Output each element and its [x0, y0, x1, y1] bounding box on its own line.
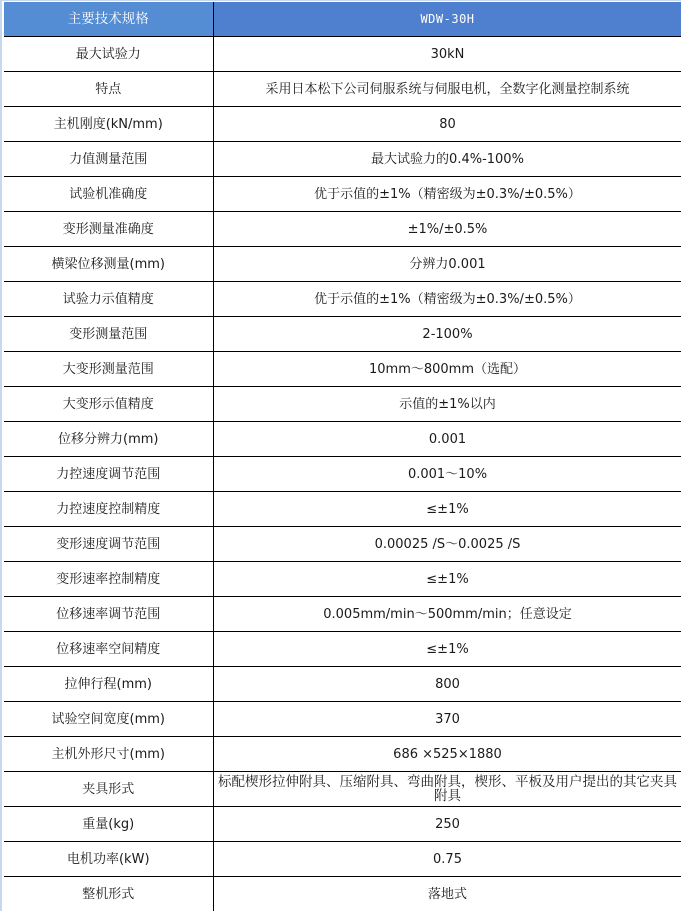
row-label: 变形测量范围 [4, 317, 213, 352]
row-value: 0.00025 /S～0.0025 /S [213, 527, 681, 562]
table-row: 力值测量范围最大试验力的0.4%-100% [4, 142, 681, 177]
table-row: 夹具形式标配楔形拉伸附具、压缩附具、弯曲附具，楔形、平板及用户提出的其它夹具附具 [4, 772, 681, 807]
row-value: ≤±1% [213, 562, 681, 597]
row-value: 370 [213, 702, 681, 737]
row-label: 电机功率(kW) [4, 842, 213, 877]
table-row: 力控速度调节范围0.001～10% [4, 457, 681, 492]
table-row: 拉伸行程(mm)800 [4, 667, 681, 702]
row-label: 最大试验力 [4, 37, 213, 72]
row-label: 位移速率调节范围 [4, 597, 213, 632]
row-value: 落地式 [213, 877, 681, 911]
row-label: 试验空间宽度(mm) [4, 702, 213, 737]
table-row: 试验空间宽度(mm)370 [4, 702, 681, 737]
row-value: 0.001～10% [213, 457, 681, 492]
row-label: 特点 [4, 72, 213, 107]
row-value: 采用日本松下公司伺服系统与伺服电机，全数字化测量控制系统 [213, 72, 681, 107]
row-label: 位移速率空间精度 [4, 632, 213, 667]
row-label: 横梁位移测量(mm) [4, 247, 213, 282]
row-value: ≤±1% [213, 632, 681, 667]
table-row: 变形测量范围2-100% [4, 317, 681, 352]
row-label: 变形速率控制精度 [4, 562, 213, 597]
table-row: 主机刚度(kN/mm)80 [4, 107, 681, 142]
row-value: ±1%/±0.5% [213, 212, 681, 247]
row-value: 0.001 [213, 422, 681, 457]
row-label: 夹具形式 [4, 772, 213, 807]
table-row: 力控速度控制精度≤±1% [4, 492, 681, 527]
row-label: 力控速度调节范围 [4, 457, 213, 492]
row-value: ≤±1% [213, 492, 681, 527]
row-label: 变形速度调节范围 [4, 527, 213, 562]
table-row: 变形测量准确度±1%/±0.5% [4, 212, 681, 247]
row-label: 试验机准确度 [4, 177, 213, 212]
table-row: 变形速率控制精度≤±1% [4, 562, 681, 597]
row-label: 大变形测量范围 [4, 352, 213, 387]
row-value: 30kN [213, 37, 681, 72]
row-label: 变形测量准确度 [4, 212, 213, 247]
row-label: 主机外形尺寸(mm) [4, 737, 213, 772]
table-row: 位移分辨力(mm)0.001 [4, 422, 681, 457]
row-value: 2-100% [213, 317, 681, 352]
row-label: 位移分辨力(mm) [4, 422, 213, 457]
table-row: 试验机准确度优于示值的±1%（精密级为±0.3%/±0.5%） [4, 177, 681, 212]
row-label: 拉伸行程(mm) [4, 667, 213, 702]
spec-table: 主要技术规格 WDW-30H 最大试验力30kN 特点采用日本松下公司伺服系统与… [4, 2, 681, 911]
row-value: 0.005mm/min～500mm/min；任意设定 [213, 597, 681, 632]
row-label: 整机形式 [4, 877, 213, 911]
table-row: 整机形式落地式 [4, 877, 681, 911]
table-row: 重量(kg)250 [4, 807, 681, 842]
row-value: 10mm～800mm（选配） [213, 352, 681, 387]
row-label: 主机刚度(kN/mm) [4, 107, 213, 142]
row-label: 力值测量范围 [4, 142, 213, 177]
row-value: 800 [213, 667, 681, 702]
row-value: 250 [213, 807, 681, 842]
row-label: 力控速度控制精度 [4, 492, 213, 527]
row-label: 重量(kg) [4, 807, 213, 842]
row-label: 试验力示值精度 [4, 282, 213, 317]
row-value: 优于示值的±1%（精密级为±0.3%/±0.5%） [213, 177, 681, 212]
table-header-row: 主要技术规格 WDW-30H [4, 2, 681, 37]
table-row: 主机外形尺寸(mm)686 ×525×1880 [4, 737, 681, 772]
header-model: WDW-30H [213, 2, 681, 37]
row-value: 686 ×525×1880 [213, 737, 681, 772]
table-row: 位移速率调节范围0.005mm/min～500mm/min；任意设定 [4, 597, 681, 632]
row-value: 优于示值的±1%（精密级为±0.3%/±0.5%） [213, 282, 681, 317]
table-row: 大变形测量范围10mm～800mm（选配） [4, 352, 681, 387]
table-row: 电机功率(kW)0.75 [4, 842, 681, 877]
row-value: 80 [213, 107, 681, 142]
row-value: 最大试验力的0.4%-100% [213, 142, 681, 177]
table-row: 大变形示值精度示值的±1%以内 [4, 387, 681, 422]
header-label: 主要技术规格 [4, 2, 213, 37]
row-value: 标配楔形拉伸附具、压缩附具、弯曲附具，楔形、平板及用户提出的其它夹具附具 [213, 772, 681, 807]
row-value: 示值的±1%以内 [213, 387, 681, 422]
spec-table-frame: 主要技术规格 WDW-30H 最大试验力30kN 特点采用日本松下公司伺服系统与… [0, 0, 681, 911]
row-label: 大变形示值精度 [4, 387, 213, 422]
table-row: 变形速度调节范围0.00025 /S～0.0025 /S [4, 527, 681, 562]
table-row: 横梁位移测量(mm)分辨力0.001 [4, 247, 681, 282]
table-row: 位移速率空间精度≤±1% [4, 632, 681, 667]
row-value: 0.75 [213, 842, 681, 877]
table-row: 特点采用日本松下公司伺服系统与伺服电机，全数字化测量控制系统 [4, 72, 681, 107]
table-row: 试验力示值精度优于示值的±1%（精密级为±0.3%/±0.5%） [4, 282, 681, 317]
row-value: 分辨力0.001 [213, 247, 681, 282]
table-row: 最大试验力30kN [4, 37, 681, 72]
